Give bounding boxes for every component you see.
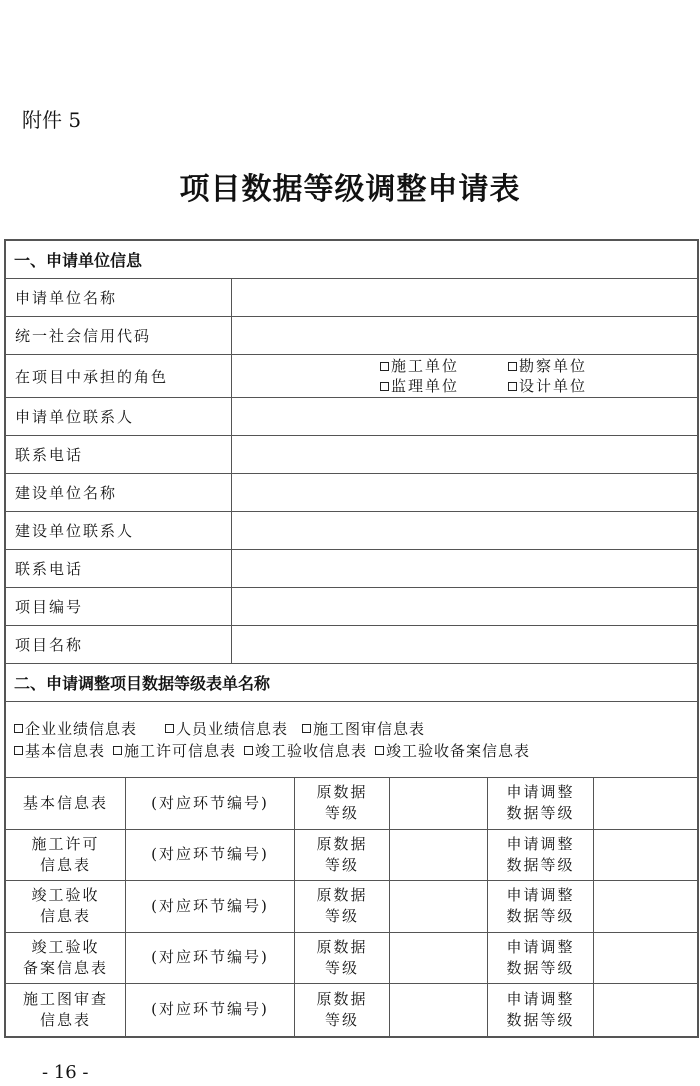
applicant-phone-field[interactable] bbox=[232, 436, 697, 473]
field-label: 申请单位名称 bbox=[6, 279, 232, 316]
option-label: 勘察单位 bbox=[519, 357, 587, 375]
page-number: - 16 - bbox=[42, 1062, 89, 1083]
form-type-options: 企业业绩信息表 人员业绩信息表 施工图审信息表 基本信息表 施工许可信息表 竣工… bbox=[6, 702, 697, 778]
checkbox-icon[interactable] bbox=[14, 746, 23, 755]
field-label: 项目名称 bbox=[6, 626, 232, 663]
original-grade-label: 原数据等级 bbox=[295, 830, 390, 881]
owner-name-field[interactable] bbox=[232, 474, 697, 511]
stage-code-field[interactable]: (对应环节编号) bbox=[126, 984, 295, 1036]
original-grade-field[interactable] bbox=[390, 933, 488, 984]
form-row-owner-phone: 联系电话 bbox=[6, 550, 697, 588]
checkbox-icon[interactable] bbox=[113, 746, 122, 755]
requested-grade-label: 申请调整数据等级 bbox=[488, 830, 594, 881]
requested-grade-label: 申请调整数据等级 bbox=[488, 881, 594, 932]
grade-row: 竣工验收备案信息表 (对应环节编号) 原数据等级 申请调整数据等级 bbox=[6, 933, 697, 985]
original-grade-field[interactable] bbox=[390, 881, 488, 932]
form-row-role: 在项目中承担的角色 施工单位 勘察单位 监理单位 设计单位 bbox=[6, 355, 697, 398]
field-label: 建设单位联系人 bbox=[6, 512, 232, 549]
attachment-label: 附件 5 bbox=[22, 104, 81, 133]
form-options-line-1: 企业业绩信息表 人员业绩信息表 施工图审信息表 bbox=[14, 718, 697, 740]
role-option-design[interactable]: 设计单位 bbox=[508, 376, 628, 396]
section2-heading: 二、申请调整项目数据等级表单名称 bbox=[6, 664, 697, 702]
checkbox-icon[interactable] bbox=[244, 746, 253, 755]
project-name-field[interactable] bbox=[232, 626, 697, 663]
option-label: 施工单位 bbox=[391, 357, 459, 375]
form-name: 施工图审查信息表 bbox=[6, 984, 126, 1036]
grade-row: 施工图审查信息表 (对应环节编号) 原数据等级 申请调整数据等级 bbox=[6, 984, 697, 1036]
stage-code-field[interactable]: (对应环节编号) bbox=[126, 881, 295, 932]
form-name: 竣工验收备案信息表 bbox=[6, 933, 126, 984]
stage-code-field[interactable]: (对应环节编号) bbox=[126, 933, 295, 984]
requested-grade-field[interactable] bbox=[594, 933, 697, 984]
checkbox-icon[interactable] bbox=[375, 746, 384, 755]
original-grade-label: 原数据等级 bbox=[295, 933, 390, 984]
grade-row: 施工许可信息表 (对应环节编号) 原数据等级 申请调整数据等级 bbox=[6, 830, 697, 882]
original-grade-label: 原数据等级 bbox=[295, 778, 390, 829]
requested-grade-field[interactable] bbox=[594, 830, 697, 881]
field-label: 统一社会信用代码 bbox=[6, 317, 232, 354]
option-label: 设计单位 bbox=[519, 377, 587, 395]
requested-grade-label: 申请调整数据等级 bbox=[488, 778, 594, 829]
requested-grade-field[interactable] bbox=[594, 881, 697, 932]
option-label: 基本信息表 bbox=[25, 742, 105, 760]
requested-grade-field[interactable] bbox=[594, 984, 697, 1036]
field-label: 申请单位联系人 bbox=[6, 398, 232, 435]
form-row-owner-name: 建设单位名称 bbox=[6, 474, 697, 512]
checkbox-icon[interactable] bbox=[165, 724, 174, 733]
field-label: 联系电话 bbox=[6, 436, 232, 473]
option-label: 施工许可信息表 bbox=[124, 742, 236, 760]
option-enterprise-performance[interactable]: 企业业绩信息表 bbox=[14, 718, 137, 740]
form-row-applicant-contact: 申请单位联系人 bbox=[6, 398, 697, 436]
stage-code-field[interactable]: (对应环节编号) bbox=[126, 830, 295, 881]
form-name: 竣工验收信息表 bbox=[6, 881, 126, 932]
option-completion-acceptance[interactable]: 竣工验收信息表 bbox=[244, 740, 367, 762]
requested-grade-label: 申请调整数据等级 bbox=[488, 984, 594, 1036]
project-number-field[interactable] bbox=[232, 588, 697, 625]
checkbox-icon[interactable] bbox=[380, 382, 389, 391]
field-label: 项目编号 bbox=[6, 588, 232, 625]
form-row-credit-code: 统一社会信用代码 bbox=[6, 317, 697, 355]
form-row-applicant-name: 申请单位名称 bbox=[6, 279, 697, 317]
role-option-survey[interactable]: 勘察单位 bbox=[508, 356, 628, 376]
grade-row: 竣工验收信息表 (对应环节编号) 原数据等级 申请调整数据等级 bbox=[6, 881, 697, 933]
option-label: 监理单位 bbox=[391, 377, 459, 395]
field-label: 建设单位名称 bbox=[6, 474, 232, 511]
role-options: 施工单位 勘察单位 监理单位 设计单位 bbox=[232, 355, 697, 397]
checkbox-icon[interactable] bbox=[508, 362, 517, 371]
credit-code-field[interactable] bbox=[232, 317, 697, 354]
original-grade-label: 原数据等级 bbox=[295, 984, 390, 1036]
option-construction-permit[interactable]: 施工许可信息表 bbox=[113, 740, 236, 762]
page-title: 项目数据等级调整申请表 bbox=[0, 164, 700, 208]
stage-code-field[interactable]: (对应环节编号) bbox=[126, 778, 295, 829]
option-completion-filing[interactable]: 竣工验收备案信息表 bbox=[375, 740, 530, 762]
option-basic-info[interactable]: 基本信息表 bbox=[14, 740, 105, 762]
form-row-owner-contact: 建设单位联系人 bbox=[6, 512, 697, 550]
applicant-contact-field[interactable] bbox=[232, 398, 697, 435]
original-grade-field[interactable] bbox=[390, 778, 488, 829]
option-label: 施工图审信息表 bbox=[313, 720, 425, 738]
option-label: 企业业绩信息表 bbox=[25, 720, 137, 738]
requested-grade-label: 申请调整数据等级 bbox=[488, 933, 594, 984]
checkbox-icon[interactable] bbox=[508, 382, 517, 391]
form-options-line-2: 基本信息表 施工许可信息表 竣工验收信息表 竣工验收备案信息表 bbox=[14, 740, 697, 762]
field-label: 联系电话 bbox=[6, 550, 232, 587]
checkbox-icon[interactable] bbox=[14, 724, 23, 733]
grade-row: 基本信息表 (对应环节编号) 原数据等级 申请调整数据等级 bbox=[6, 778, 697, 830]
form-row-project-name: 项目名称 bbox=[6, 626, 697, 664]
field-label: 在项目中承担的角色 bbox=[6, 355, 232, 397]
original-grade-label: 原数据等级 bbox=[295, 881, 390, 932]
owner-contact-field[interactable] bbox=[232, 512, 697, 549]
option-drawing-review[interactable]: 施工图审信息表 bbox=[302, 718, 425, 740]
option-label: 人员业绩信息表 bbox=[176, 720, 288, 738]
applicant-name-field[interactable] bbox=[232, 279, 697, 316]
requested-grade-field[interactable] bbox=[594, 778, 697, 829]
form-row-applicant-phone: 联系电话 bbox=[6, 436, 697, 474]
original-grade-field[interactable] bbox=[390, 830, 488, 881]
role-option-construction[interactable]: 施工单位 bbox=[380, 356, 508, 376]
checkbox-icon[interactable] bbox=[302, 724, 311, 733]
section1-heading: 一、申请单位信息 bbox=[6, 241, 697, 279]
application-form-table: 一、申请单位信息 申请单位名称 统一社会信用代码 在项目中承担的角色 施工单位 … bbox=[4, 239, 699, 1038]
role-option-supervision[interactable]: 监理单位 bbox=[380, 376, 508, 396]
form-row-project-number: 项目编号 bbox=[6, 588, 697, 626]
original-grade-field[interactable] bbox=[390, 984, 488, 1036]
option-personnel-performance[interactable]: 人员业绩信息表 bbox=[165, 718, 288, 740]
option-label: 竣工验收备案信息表 bbox=[386, 742, 530, 760]
form-name: 施工许可信息表 bbox=[6, 830, 126, 881]
owner-phone-field[interactable] bbox=[232, 550, 697, 587]
option-label: 竣工验收信息表 bbox=[255, 742, 367, 760]
form-name: 基本信息表 bbox=[6, 778, 126, 829]
checkbox-icon[interactable] bbox=[380, 362, 389, 371]
